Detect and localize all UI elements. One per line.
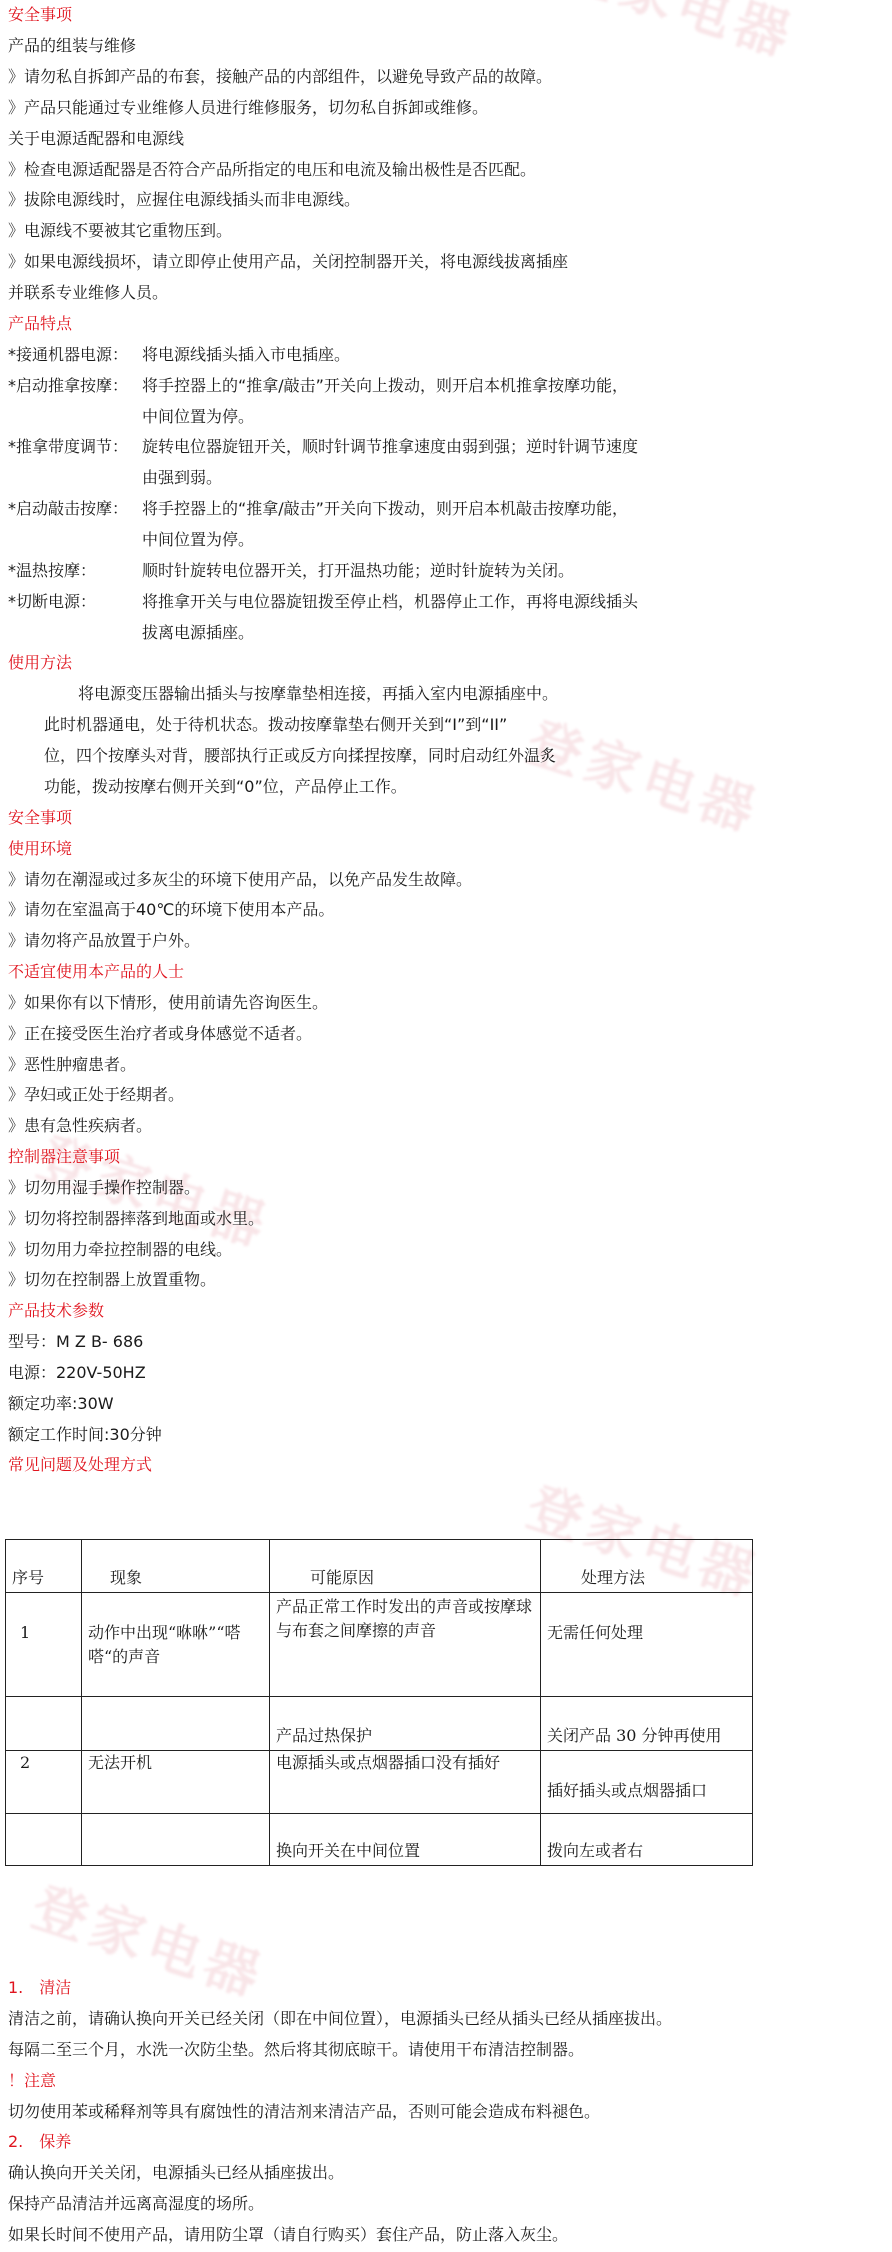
cell-symptom [82,1814,270,1866]
feature-text: 中间位置为停。 [142,530,254,550]
cell-solution: 关闭产品 30 分钟再使用 [541,1697,753,1751]
feature-label: *切断电源： [8,592,96,612]
paragraph-line: 保持产品清洁并远离高湿度的场所。 [8,2194,264,2214]
feature-label: *推拿带度调节： [8,437,128,457]
paragraph-line: 确认换向开关关闭，电源插头已经从插座拔出。 [8,2163,344,2183]
cell-no [6,1697,82,1751]
spec-model: 型号：M Z B- 686 [8,1332,143,1352]
list-item: 》切勿将控制器摔落到地面或水里。 [8,1209,264,1229]
subheading-cleaning: 1. 清洁 [8,1978,71,1998]
header-solution: 处理方法 [541,1540,753,1593]
list-item: 》切勿在控制器上放置重物。 [8,1270,216,1290]
paragraph-line: 功能，拨动按摩右侧开关到“0”位，产品停止工作。 [44,777,407,797]
feature-text: 由强到弱。 [142,468,222,488]
section-heading-faq: 常见问题及处理方式 [8,1455,152,1475]
table-row: 1 动作中出现“咻咻”“嗒嗒“的声音 产品正常工作时发出的声音或按摩球与布套之间… [6,1593,753,1697]
cell-symptom [82,1697,270,1751]
watermark: 登家电器 [519,700,771,847]
subheading-assembly: 产品的组装与维修 [8,36,136,56]
section-heading-usage: 使用方法 [8,653,72,673]
table-row: 产品过热保护 关闭产品 30 分钟再使用 [6,1697,753,1751]
faq-table: 序号 现象 可能原因 处理方法 1 动作中出现“咻咻”“嗒嗒“的声音 产品正常工… [5,1539,753,1866]
cell-cause: 电源插头或点烟器插口没有插好 [270,1751,541,1814]
list-item: 》如果电源线损坏，请立即停止使用产品，关闭控制器开关，将电源线拔离插座 [8,252,568,272]
cell-no [6,1814,82,1866]
list-item: 》电源线不要被其它重物压到。 [8,221,232,241]
subheading-unsuitable: 不适宜使用本产品的人士 [8,962,184,982]
table-header-row: 序号 现象 可能原因 处理方法 [6,1540,753,1593]
list-item: 》正在接受医生治疗者或身体感觉不适者。 [8,1024,312,1044]
cell-solution: 插好插头或点烟器插口 [541,1751,753,1814]
feature-text: 将推拿开关与电位器旋钮拨至停止档，机器停止工作，再将电源线插头 [142,592,638,612]
section-heading-specs: 产品技术参数 [8,1301,104,1321]
spec-power-supply: 电源：220V-50HZ [8,1363,146,1383]
list-item: 》如果你有以下情形，使用前请先咨询医生。 [8,993,328,1013]
subheading-notice: ！注意 [8,2071,56,2091]
table-row: 换向开关在中间位置 拨向左或者右 [6,1814,753,1866]
list-item: 》恶性肿瘤患者。 [8,1055,136,1075]
paragraph-line: 清洁之前，请确认换向开关已经关闭（即在中间位置），电源插头已经从插头已经从插座拔… [8,2009,672,2029]
table-row: 2 无法开机 电源插头或点烟器插口没有插好 插好插头或点烟器插口 [6,1751,753,1814]
feature-text: 中间位置为停。 [142,407,254,427]
cell-symptom: 动作中出现“咻咻”“嗒嗒“的声音 [82,1593,270,1697]
list-item: 》请勿将产品放置于户外。 [8,931,200,951]
feature-text: 旋转电位器旋钮开关，顺时针调节推拿速度由弱到强；逆时针调节速度 [142,437,638,457]
paragraph-line: 如果长时间不使用产品，请用防尘罩（请自行购买）套住产品，防止落入灰尘。 [8,2225,568,2245]
list-item: 》请勿在潮湿或过多灰尘的环境下使用产品，以免产品发生故障。 [8,870,472,890]
list-item: 》拔除电源线时，应握住电源线插头而非电源线。 [8,190,360,210]
subheading-controller: 控制器注意事项 [8,1147,120,1167]
cell-cause: 换向开关在中间位置 [270,1814,541,1866]
paragraph-line: 切勿使用苯或稀释剂等具有腐蚀性的清洁剂来清洁产品，否则可能会造成布料褪色。 [8,2102,600,2122]
feature-text: 将电源线插头插入市电插座。 [142,345,350,365]
feature-label: *启动敲击按摩： [8,499,128,519]
feature-text: 顺时针旋转电位器开关，打开温热功能；逆时针旋转为关闭。 [142,561,574,581]
cell-cause: 产品过热保护 [270,1697,541,1751]
cell-cause: 产品正常工作时发出的声音或按摩球与布套之间摩擦的声音 [270,1593,541,1697]
paragraph-line: 位，四个按摩头对背，腰部执行正或反方向揉捏按摩，同时启动红外温炙 [44,746,556,766]
feature-text: 拔离电源插座。 [142,623,254,643]
subheading-maintenance: 2. 保养 [8,2132,71,2152]
list-item: 》检查电源适配器是否符合产品所指定的电压和电流及输出极性是否匹配。 [8,160,536,180]
paragraph-line: 每隔二至三个月，水洗一次防尘垫。然后将其彻底晾干。请使用干布清洁控制器。 [8,2040,584,2060]
paragraph-line: 此时机器通电，处于待机状态。拨动按摩靠垫右侧开关到“I”到“II” [44,715,507,735]
feature-text: 将手控器上的“推拿/敲击”开关向上拨动，则开启本机推拿按摩功能， [142,376,628,396]
paragraph-line: 将电源变压器输出插头与按摩靠垫相连接，再插入室内电源插座中。 [78,684,558,704]
list-item: 并联系专业维修人员。 [8,283,168,303]
spec-rated-power: 额定功率:30W [8,1394,114,1414]
list-item: 》切勿用力牵拉控制器的电线。 [8,1240,232,1260]
header-cause: 可能原因 [270,1540,541,1593]
section-heading-features: 产品特点 [8,314,72,334]
list-item: 》产品只能通过专业维修人员进行维修服务，切勿私自拆卸或维修。 [8,98,488,118]
cell-solution: 拨向左或者右 [541,1814,753,1866]
header-no: 序号 [6,1540,82,1593]
feature-text: 将手控器上的“推拿/敲击”开关向下拨动，则开启本机敲击按摩功能， [142,499,628,519]
list-item: 》请勿在室温高于40℃的环境下使用本产品。 [8,900,334,920]
list-item: 》患有急性疾病者。 [8,1116,152,1136]
list-item: 》切勿用湿手操作控制器。 [8,1178,200,1198]
list-item: 》孕妇或正处于经期者。 [8,1085,184,1105]
list-item: 》请勿私自拆卸产品的布套，接触产品的内部组件，以避免导致产品的故障。 [8,67,552,87]
cell-solution: 无需任何处理 [541,1593,753,1697]
feature-label: *启动推拿按摩： [8,376,128,396]
header-symptom: 现象 [82,1540,270,1593]
feature-label: *接通机器电源： [8,345,128,365]
subheading-adapter: 关于电源适配器和电源线 [8,129,184,149]
spec-rated-time: 额定工作时间:30分钟 [8,1425,162,1445]
section-heading-safety: 安全事项 [8,808,72,828]
cell-symptom: 无法开机 [82,1751,270,1814]
cell-no: 2 [6,1751,82,1814]
feature-label: *温热按摩： [8,561,96,581]
subheading-environment: 使用环境 [8,839,72,859]
section-heading-safety: 安全事项 [8,5,72,25]
cell-no: 1 [6,1593,82,1697]
watermark: 登家电器 [554,0,806,72]
